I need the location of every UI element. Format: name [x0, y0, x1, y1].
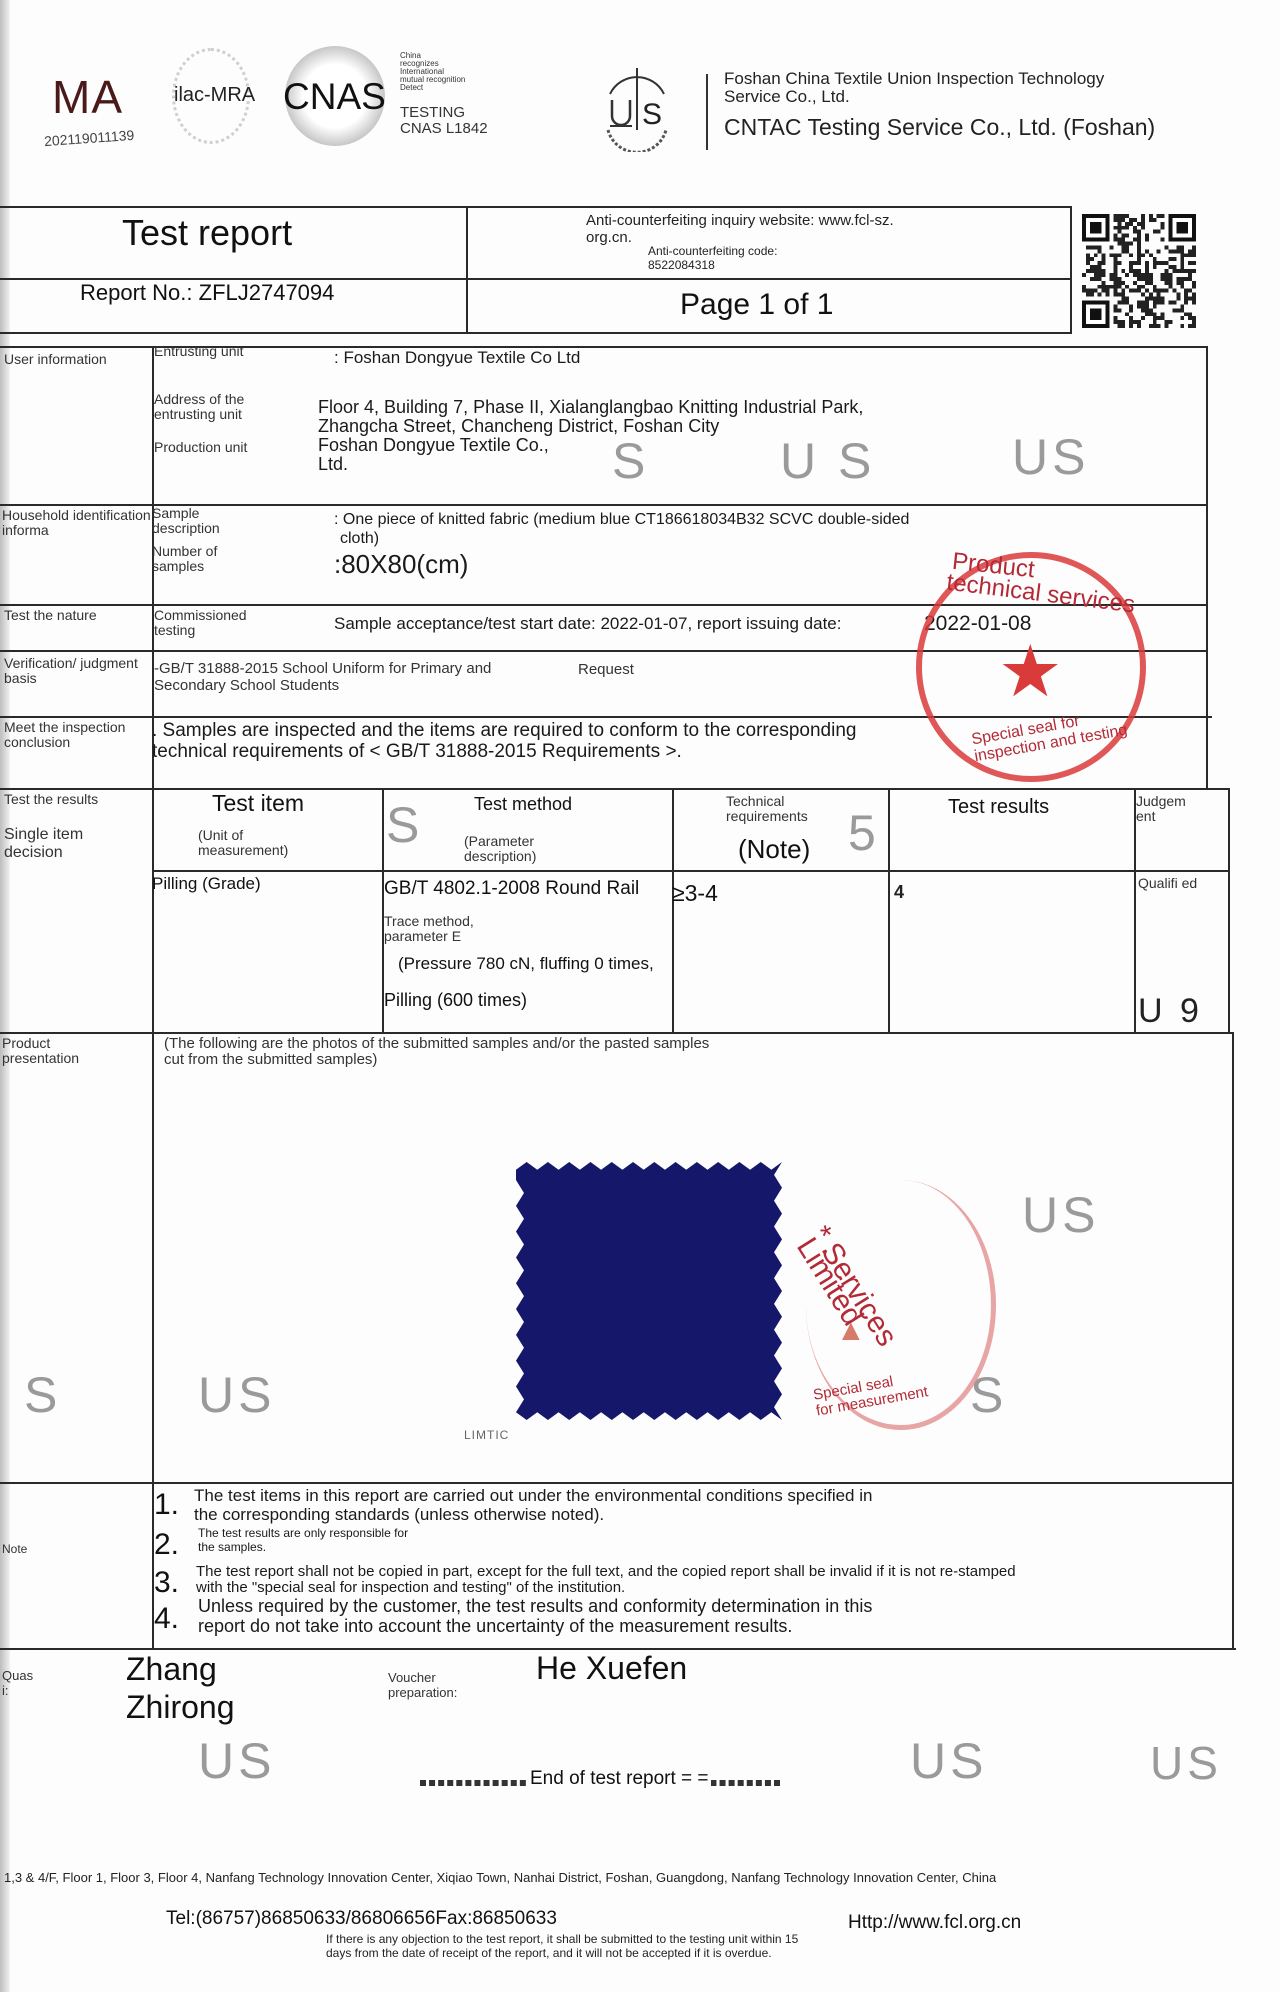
row-method-sub: Trace method, parameter E: [384, 914, 534, 944]
ma-number: 202119011139: [44, 127, 135, 149]
note-line: with the "special seal for inspection an…: [196, 1580, 1016, 1596]
qr-code-icon: [1082, 212, 1196, 330]
cnas-recognition-text: China recognizes International mutual re…: [400, 52, 465, 92]
address-label: Address of the entrusting unit: [154, 392, 264, 422]
production-unit-value: Foshan Dongyue Textile Co., Ltd.: [318, 436, 549, 474]
sample-desc-line: : One piece of knitted fabric (medium bl…: [334, 510, 909, 529]
note-line: the samples.: [198, 1540, 408, 1554]
rule: [888, 788, 890, 1032]
rule: [0, 206, 1072, 208]
row-judgement: Qualifi ed: [1138, 876, 1198, 891]
production-unit-line: Foshan Dongyue Textile Co.,: [318, 436, 549, 455]
uts-scale-logo-icon: S: [602, 64, 672, 152]
sample-description-label: Sample description: [152, 506, 242, 536]
production-unit-label: Production unit: [154, 440, 254, 455]
note-number: 4.: [154, 1604, 179, 1634]
method-line: parameter E: [384, 929, 534, 944]
note-number: 3.: [154, 1568, 179, 1598]
company-name-en: CNTAC Testing Service Co., Ltd. (Foshan): [724, 114, 1155, 141]
product-caption: (The following are the photos of the sub…: [164, 1036, 709, 1068]
row-result: 4: [894, 882, 904, 903]
rule: [1070, 206, 1072, 334]
rule: [0, 332, 1072, 334]
caption-line: (The following are the photos of the sub…: [164, 1036, 709, 1052]
rule: [0, 1032, 1232, 1034]
rule: [152, 870, 1228, 872]
row-method-main: GB/T 4802.1-2008 Round Rail: [384, 878, 639, 900]
watermark-label: LIMTIC: [464, 1428, 509, 1442]
watermark: US: [1022, 1186, 1099, 1244]
cnas-testing-block: TESTING CNAS L1842: [400, 105, 488, 137]
anti-code-label: Anti-counterfeiting code:: [648, 244, 777, 258]
note-label: Note: [2, 1542, 27, 1557]
sample-description-value: : One piece of knitted fabric (medium bl…: [334, 510, 909, 548]
row-method-pilling: Pilling (600 times): [384, 990, 527, 1011]
product-presentation-label: Product presentation: [2, 1036, 102, 1066]
user-info-label: User information: [4, 352, 124, 367]
watermark: S: [612, 432, 649, 490]
entrusting-unit-value: : Foshan Dongyue Textile Co Ltd: [334, 348, 580, 367]
anti-site-line: org.cn.: [586, 229, 986, 246]
footer-website-link[interactable]: Http://www.fcl.org.cn: [848, 1912, 1021, 1934]
page-number: Page 1 of 1: [680, 288, 833, 322]
address-value: Floor 4, Building 7, Phase II, Xialangla…: [318, 398, 863, 436]
request-label: Request: [578, 662, 634, 677]
entrusting-unit-label: Entrusting unit: [154, 344, 264, 359]
watermark: U 9: [1138, 992, 1203, 1031]
note-number: 2.: [154, 1530, 179, 1560]
caption-line: cut from the submitted samples): [164, 1052, 709, 1068]
seal-emblem-icon: ▲: [836, 1314, 866, 1348]
col-test-item: Test item: [212, 790, 304, 817]
number-of-samples-label: Number of samples: [152, 544, 242, 574]
cnas-testing-label: TESTING: [400, 105, 488, 121]
note-line: report do not take into account the unce…: [198, 1616, 872, 1636]
cnas-code: CNAS L1842: [400, 121, 488, 137]
basis-line: -GB/T 31888-2015 School Uniform for Prim…: [154, 660, 491, 677]
row-requirement: ≥3-4: [672, 880, 718, 907]
col-judgement: Judgem ent: [1136, 794, 1206, 824]
rule: [1134, 788, 1136, 1032]
ma-mark: MA: [52, 70, 123, 124]
fabric-sample-photo: [516, 1162, 782, 1420]
cnas-mark: CNAS: [283, 76, 386, 118]
col-technical-requirements: Technical requirements: [726, 794, 836, 824]
note-number: 1.: [154, 1490, 179, 1520]
rule: [0, 788, 1228, 790]
rule: [0, 1482, 1232, 1484]
note-line: the corresponding standards (unless othe…: [194, 1505, 872, 1524]
rule: [1206, 346, 1208, 788]
rule: [1228, 788, 1230, 1032]
note-item: The test results are only responsible fo…: [198, 1526, 408, 1554]
report-title: Test report: [122, 212, 292, 254]
svg-text:S: S: [642, 98, 662, 131]
cnas-line: Detect: [400, 84, 465, 92]
objection-line: days from the date of receipt of the rep…: [326, 1946, 946, 1960]
header-divider: [706, 74, 708, 150]
row-test-item: Pilling (Grade): [152, 874, 261, 894]
conclusion-text: . Samples are inspected and the items ar…: [152, 720, 856, 762]
address-line: Floor 4, Building 7, Phase II, Xialangla…: [318, 398, 863, 417]
note-line: Unless required by the customer, the tes…: [198, 1596, 872, 1616]
test-dates: Sample acceptance/test start date: 2022-…: [334, 614, 841, 633]
col-requirements-note: (Note): [738, 834, 810, 865]
conclusion-line: . Samples are inspected and the items ar…: [152, 720, 856, 741]
number-of-samples-value: :80X80(cm): [334, 550, 468, 578]
star-icon: ★: [998, 636, 1063, 708]
anti-counterfeit-website: Anti-counterfeiting inquiry website: www…: [586, 212, 986, 246]
preparer-name: He Xuefen: [536, 1650, 687, 1687]
watermark: S: [24, 1366, 61, 1424]
method-line: Trace method,: [384, 914, 534, 929]
col-test-method-sub: (Parameter description): [464, 834, 574, 864]
company-name-cn-translation: Foshan China Textile Union Inspection Te…: [724, 70, 1244, 106]
watermark: US: [1012, 428, 1089, 486]
end-of-report: End of test report = =: [528, 1768, 711, 1790]
preparer-label: Voucher preparation:: [388, 1670, 488, 1700]
anti-code-value: 8522084318: [648, 258, 777, 272]
sample-desc-line: cloth): [334, 529, 909, 548]
single-item-decision-label: Single item decision: [4, 826, 104, 862]
rule: [466, 206, 468, 334]
row-method-pressure: (Pressure 780 cN, fluffing 0 times,: [398, 954, 654, 974]
watermark: US: [1150, 1736, 1222, 1790]
commissioned-testing-label: Commissioned testing: [154, 608, 274, 638]
col-test-item-sub: (Unit of measurement): [198, 828, 318, 858]
watermark: S: [386, 796, 423, 854]
footer-address: 1,3 & 4/F, Floor 1, Floor 3, Floor 4, Na…: [4, 1870, 996, 1885]
watermark: 5: [848, 804, 880, 862]
anti-site-line: Anti-counterfeiting inquiry website: www…: [586, 212, 986, 229]
sample-info-label: Household identification informa: [2, 508, 152, 538]
report-no-value: ZFLJ2747094: [199, 280, 335, 305]
watermark: US: [910, 1732, 987, 1790]
watermark: US: [198, 1366, 275, 1424]
basis-line: Secondary School Students: [154, 677, 491, 694]
production-unit-line: Ltd.: [318, 455, 549, 474]
footer-phone-fax: Tel:(86757)86850633/86806656Fax:86850633: [166, 1908, 557, 1930]
note-line: The test report shall not be copied in p…: [196, 1564, 1016, 1580]
approver-name: Zhang Zhirong: [126, 1650, 235, 1726]
approver-name-line: Zhang: [126, 1650, 235, 1688]
rule: [152, 346, 154, 1650]
report-no-label: Report No.:: [80, 280, 193, 305]
note-item: Unless required by the customer, the tes…: [198, 1596, 872, 1636]
report-number: Report No.: ZFLJ2747094: [80, 280, 334, 306]
approver-label: Quas i:: [2, 1668, 42, 1698]
test-nature-label: Test the nature: [4, 608, 124, 623]
footer-objection-notice: If there is any objection to the test re…: [326, 1932, 946, 1960]
note-line: The test items in this report are carrie…: [194, 1486, 872, 1505]
test-results-label: Test the results: [4, 792, 114, 807]
objection-line: If there is any objection to the test re…: [326, 1932, 946, 1946]
watermark: U S: [780, 432, 875, 490]
anti-counterfeit-code: Anti-counterfeiting code: 8522084318: [648, 244, 777, 272]
col-test-results: Test results: [948, 796, 1049, 819]
note-item: The test report shall not be copied in p…: [196, 1564, 1016, 1596]
judgment-basis-value: -GB/T 31888-2015 School Uniform for Prim…: [154, 660, 491, 694]
approver-name-line: Zhirong: [126, 1688, 235, 1726]
col-test-method: Test method: [474, 794, 572, 815]
company-name-line: Foshan China Textile Union Inspection Te…: [724, 70, 1244, 88]
rule: [1232, 1032, 1234, 1650]
rule: [672, 788, 674, 1032]
address-line: Zhangcha Street, Chancheng District, Fos…: [318, 417, 863, 436]
conclusion-line: technical requirements of < GB/T 31888-2…: [152, 741, 856, 762]
judgment-basis-label: Verification/ judgment basis: [4, 656, 144, 686]
conclusion-label: Meet the inspection conclusion: [4, 720, 154, 750]
note-line: The test results are only responsible fo…: [198, 1526, 408, 1540]
watermark: US: [198, 1732, 275, 1790]
ilac-mark: ilac-MRA: [174, 84, 255, 107]
company-name-line: Service Co., Ltd.: [724, 88, 1244, 106]
note-item: The test items in this report are carrie…: [194, 1486, 872, 1524]
